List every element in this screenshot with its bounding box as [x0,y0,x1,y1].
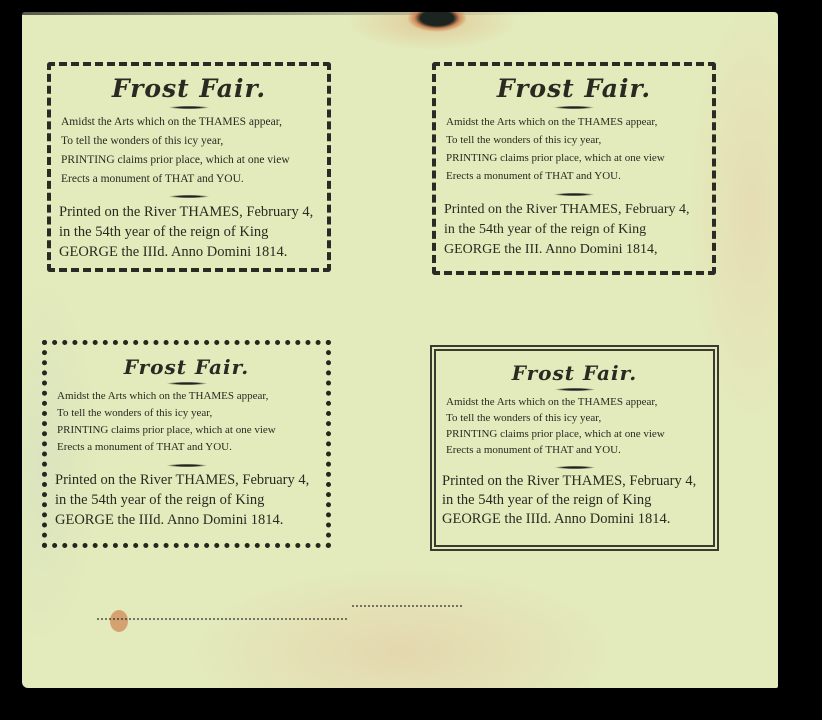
verse-line: Erects a monument of THAT and YOU. [57,439,326,456]
verse-line: To tell the wonders of this icy year, [446,410,713,426]
ornament-rule [167,382,207,385]
imprint: Printed on the River THAMES, February 4,… [436,472,713,529]
verse-line: Amidst the Arts which on the THAMES appe… [61,113,327,132]
imprint-line: GEORGE the IIId. Anno Domini 1814. [59,242,327,262]
faint-ink-trace [97,618,347,620]
imprint-line: GEORGE the III. Anno Domini 1814, [444,240,712,260]
imprint: Printed on the River THAMES, February 4,… [47,470,326,530]
ornament-rule [169,195,209,198]
ornament-rule [169,106,209,109]
verse-line: Erects a monument of THAT and YOU. [446,167,712,185]
print-title: Frost Fair. [51,74,327,103]
print-title: Frost Fair. [436,361,713,385]
frost-fair-print-bottom-right: Frost Fair. Amidst the Arts which on the… [430,345,719,551]
ornament-rule [167,464,207,467]
verse-line: Amidst the Arts which on the THAMES appe… [57,388,326,405]
verse: Amidst the Arts which on the THAMES appe… [436,113,712,185]
verse-line: To tell the wonders of this icy year, [61,132,327,151]
verse: Amidst the Arts which on the THAMES appe… [47,388,326,456]
verse-line: Amidst the Arts which on the THAMES appe… [446,394,713,410]
verse-line: Erects a monument of THAT and YOU. [446,442,713,458]
ornament-rule [555,388,595,391]
verse-line: PRINTING claims prior place, which at on… [446,426,713,442]
frost-fair-print-top-left: Frost Fair. Amidst the Arts which on the… [47,62,331,272]
verse: Amidst the Arts which on the THAMES appe… [436,394,713,458]
faint-ink-trace [352,605,462,607]
verse-line: PRINTING claims prior place, which at on… [446,149,712,167]
print-title: Frost Fair. [436,74,712,103]
imprint: Printed on the River THAMES, February 4,… [436,200,712,260]
imprint-line: GEORGE the IIId. Anno Domini 1814. [55,510,326,530]
verse-line: To tell the wonders of this icy year, [57,405,326,422]
ornament-rule [555,466,595,469]
paper-sheet: Frost Fair. Amidst the Arts which on the… [22,12,778,688]
imprint-line: in the 54th year of the reign of King [59,222,327,242]
imprint-line: Printed on the River THAMES, February 4, [59,202,327,222]
imprint-line: in the 54th year of the reign of King [55,490,326,510]
ornament-rule [554,106,594,109]
ornament-rule [554,193,594,196]
verse: Amidst the Arts which on the THAMES appe… [51,113,327,189]
imprint: Printed on the River THAMES, February 4,… [51,202,327,262]
imprint-line: Printed on the River THAMES, February 4, [55,470,326,490]
frost-fair-print-bottom-left: Frost Fair. Amidst the Arts which on the… [42,340,331,548]
frost-fair-print-top-right: Frost Fair. Amidst the Arts which on the… [432,62,716,275]
rust-stain [110,610,128,632]
imprint-line: GEORGE the IIId. Anno Domini 1814. [442,510,713,529]
imprint-line: in the 54th year of the reign of King [444,220,712,240]
imprint-line: Printed on the River THAMES, February 4, [444,200,712,220]
ink-blot [407,12,467,40]
verse-line: Erects a monument of THAT and YOU. [61,170,327,189]
imprint-line: Printed on the River THAMES, February 4, [442,472,713,491]
verse-line: PRINTING claims prior place, which at on… [61,151,327,170]
verse-line: PRINTING claims prior place, which at on… [57,422,326,439]
verse-line: To tell the wonders of this icy year, [446,131,712,149]
imprint-line: in the 54th year of the reign of King [442,491,713,510]
verse-line: Amidst the Arts which on the THAMES appe… [446,113,712,131]
print-title: Frost Fair. [47,355,326,379]
